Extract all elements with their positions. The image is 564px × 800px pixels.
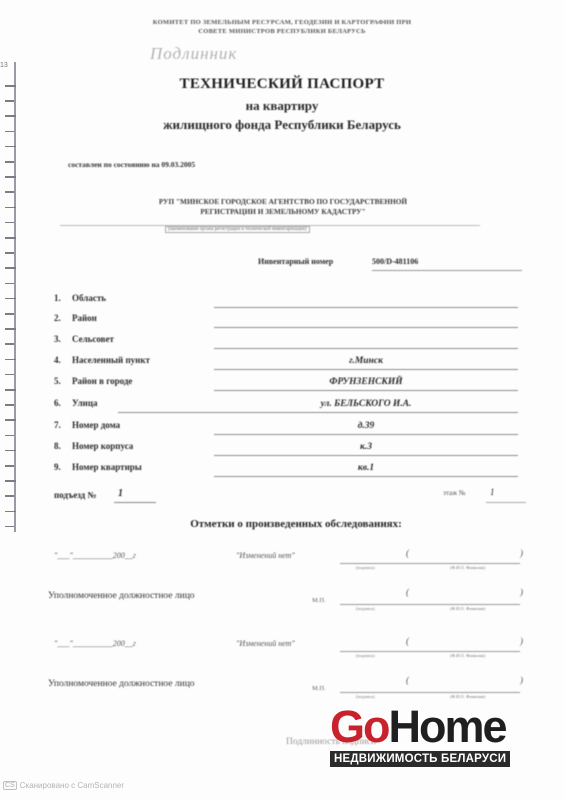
- field-label: Область: [72, 293, 106, 303]
- ruler-tick: [5, 283, 14, 285]
- ruler-tick: [5, 191, 14, 193]
- camscanner-footer: CS Сканировано с CamScanner: [3, 781, 124, 790]
- paren-open: (: [406, 548, 409, 558]
- ruler-tick: [5, 450, 16, 452]
- paren-close: ): [520, 636, 523, 646]
- ruler-tick: [5, 343, 14, 345]
- inventory-label: Инвентарный номер: [258, 257, 333, 266]
- seal-label: М.П.: [312, 597, 326, 604]
- field-number: 3.: [54, 334, 61, 344]
- ruler-tick: [5, 389, 16, 391]
- paren-close: ): [520, 587, 523, 597]
- ruler-tick: [5, 328, 16, 330]
- ruler-tick: [5, 207, 16, 209]
- agency-note: (наименование органа регистрации и техни…: [165, 226, 310, 233]
- field-value: ул. БЕЛЬСКОГО И.А.: [214, 399, 518, 409]
- ruler-tick: [5, 313, 14, 315]
- field-underline: [214, 390, 518, 391]
- field-value: ФРУНЗЕНСКИЙ: [214, 377, 518, 387]
- ruler-tick: [5, 146, 16, 148]
- field-label: Улица: [72, 398, 98, 408]
- field-underline: [214, 369, 518, 370]
- field-value: г.Минск: [214, 356, 518, 366]
- inventory-number: 500/D-481106: [372, 257, 418, 266]
- signature-line: [340, 563, 520, 564]
- logo-tagline: НЕДВИЖИМОСТЬ БЕЛАРУСИ: [330, 751, 510, 767]
- field-label: Сельсовет: [72, 334, 114, 344]
- entrance-label: подъезд №: [54, 490, 97, 500]
- field-underline: [214, 327, 518, 328]
- paren-close: ): [520, 548, 523, 558]
- field-value: к.3: [214, 442, 518, 452]
- ruler-tick: [5, 374, 14, 376]
- signature-caption: (подпись): [356, 694, 375, 699]
- signature-line: [340, 604, 520, 605]
- gohome-logo: GoHome: [330, 704, 510, 750]
- signature-line: [340, 651, 520, 652]
- field-number: 5.: [54, 376, 61, 386]
- ruler-tick: [5, 359, 16, 361]
- signature-caption: (подпись): [356, 565, 375, 570]
- inspections-heading: Отметки о произведенных обследованиях:: [0, 518, 564, 530]
- ruler-tick: [5, 511, 16, 513]
- field-number: 7.: [54, 420, 61, 430]
- ruler-label: 13: [0, 62, 8, 69]
- camscanner-text: Сканировано с CamScanner: [20, 781, 124, 790]
- logo-go: Go: [330, 701, 389, 752]
- field-number: 8.: [54, 441, 61, 451]
- name-caption: (Ф.И.О. Фамилия): [450, 694, 485, 699]
- entrance-underline: [114, 502, 156, 503]
- ruler-tick: [5, 161, 14, 163]
- paren-open: (: [406, 587, 409, 597]
- document-page: 13 КОМИТЕТ ПО ЗЕМЕЛЬНЫМ РЕСУРСАМ, ГЕОДЕЗ…: [0, 0, 564, 800]
- camscanner-icon: CS: [3, 781, 17, 790]
- ruler-tick: [5, 267, 16, 269]
- field-number: 4.: [54, 355, 61, 365]
- paren-close: ): [520, 675, 523, 685]
- name-caption: (Ф.И.О. Фамилия): [450, 653, 485, 658]
- field-number: 2.: [54, 313, 61, 323]
- signature-caption: (подпись): [356, 653, 375, 658]
- seal-label: М.П.: [312, 685, 326, 692]
- document-title: ТЕХНИЧЕСКИЙ ПАСПОРТ: [0, 76, 564, 93]
- title-subline-2: жилищного фонда Республики Беларусь: [0, 117, 564, 133]
- inspection-date: "___"__________200__г: [54, 639, 136, 648]
- ruler-tick: [5, 222, 14, 224]
- ruler-tick: [5, 404, 14, 406]
- paren-open: (: [406, 675, 409, 685]
- field-label: Номер корпуса: [72, 441, 133, 451]
- no-changes-label: "Изменений нет": [236, 639, 295, 648]
- field-underline: [214, 455, 518, 456]
- field-label: Номер дома: [72, 420, 120, 430]
- signature-line: [340, 692, 520, 693]
- authorized-official-label: Уполномоченное должностное лицо: [48, 679, 195, 689]
- ruler-tick: [5, 435, 14, 437]
- name-caption: (Ф.И.О. Фамилия): [450, 565, 485, 570]
- field-value: д.39: [214, 421, 518, 431]
- ruler-tick: [5, 419, 16, 421]
- ruler-tick: [5, 465, 14, 467]
- field-underline: [214, 476, 518, 477]
- agency-name: РУП "МИНСКОЕ ГОРОДСКОЕ АГЕНТСТВО ПО ГОСУ…: [90, 197, 476, 217]
- committee-header: КОМИТЕТ ПО ЗЕМЕЛЬНЫМ РЕСУРСАМ, ГЕОДЕЗИИ …: [0, 18, 564, 36]
- no-changes-label: "Изменений нет": [236, 551, 295, 560]
- field-number: 1.: [54, 293, 61, 303]
- field-label: Район в городе: [72, 376, 132, 386]
- floor-label: этаж №: [443, 489, 466, 497]
- ruler-tick: [5, 252, 14, 254]
- ruler-tick: [5, 176, 16, 178]
- field-underline: [214, 434, 518, 435]
- ruler-tick: [5, 237, 16, 239]
- field-value: кв.1: [214, 463, 518, 473]
- floor-value: 1: [490, 487, 495, 497]
- original-stamp: Подлинник: [150, 44, 237, 64]
- paren-open: (: [406, 636, 409, 646]
- name-caption: (Ф.И.О. Фамилия): [450, 606, 485, 611]
- logo-home: Home: [389, 701, 506, 752]
- ruler-tick: [5, 480, 16, 482]
- gohome-watermark: GoHome НЕДВИЖИМОСТЬ БЕЛАРУСИ: [330, 704, 510, 767]
- title-subline-1: на квартиру: [0, 98, 564, 114]
- as-of-date: составлен по состоянию на 09.03.2005: [68, 160, 195, 169]
- field-label: Номер квартиры: [72, 462, 142, 472]
- ruler-tick: [5, 495, 14, 497]
- field-underline: [118, 412, 518, 413]
- inventory-underline: [372, 270, 522, 271]
- signature-caption: (подпись): [356, 606, 375, 611]
- field-number: 6.: [54, 398, 61, 408]
- field-underline: [214, 348, 518, 349]
- field-label: Район: [72, 313, 97, 323]
- field-number: 9.: [54, 462, 61, 472]
- entrance-value: 1: [118, 488, 123, 499]
- field-underline: [214, 307, 518, 308]
- floor-underline: [486, 502, 526, 503]
- authorized-official-label: Уполномоченное должностное лицо: [48, 591, 195, 601]
- field-label: Населенный пункт: [72, 355, 150, 365]
- ruler-tick: [5, 298, 16, 300]
- inspection-date: "___"__________200__г: [54, 551, 136, 560]
